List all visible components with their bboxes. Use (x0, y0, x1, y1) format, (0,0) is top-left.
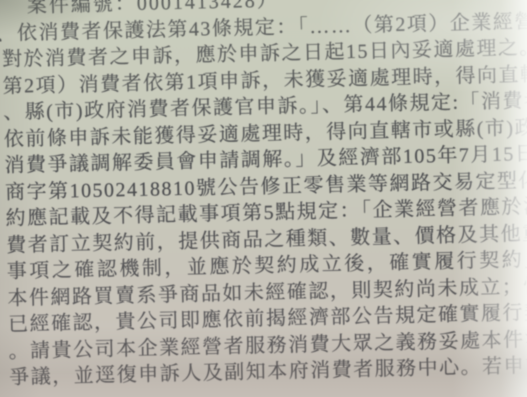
document-text-block: 案件編號：0001413428） 、依消費者保護法第43條規定：「……（第2項）… (1, 0, 527, 391)
photographed-document: 案件編號：0001413428） 、依消費者保護法第43條規定：「……（第2項）… (0, 0, 527, 397)
